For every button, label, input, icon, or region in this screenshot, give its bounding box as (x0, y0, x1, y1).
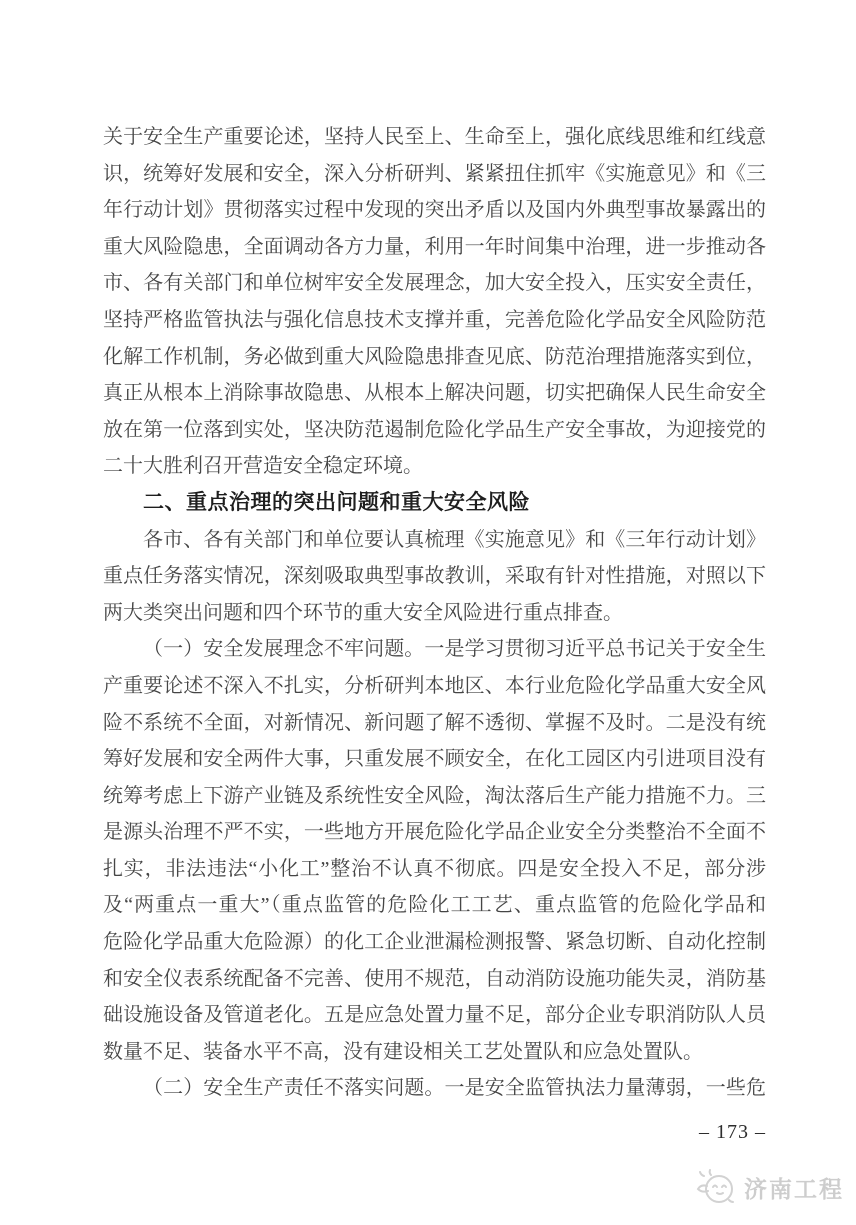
text-line: 市、各有关部门和单位树牢安全发展理念，加大安全投入，压实安全责任， (103, 265, 766, 302)
text-line: 础设施设备及管道老化。五是应急处置力量不足，部分企业专职消防队人员 (103, 997, 766, 1034)
section-heading: 二、重点治理的突出问题和重大安全风险 (103, 485, 766, 522)
text-line: 重大风险隐患，全面调动各方力量，利用一年时间集中治理，进一步推动各 (103, 229, 766, 266)
text-line: 放在第一位落到实处，坚决防范遏制危险化学品生产安全事故，为迎接党的 (103, 412, 766, 449)
text-line: 和安全仪表系统配备不完善、使用不规范，自动消防设施功能失灵，消防基 (103, 961, 766, 998)
text-line: 识，统筹好发展和安全，深入分析研判、紧紧扭住抓牢《实施意见》和《三 (103, 156, 766, 193)
text-line: 及“两重点一重大”（重点监管的危险化工工艺、重点监管的危险化学品和 (103, 887, 766, 924)
text-line: 统筹考虑上下游产业链及系统性安全风险，淘汰落后生产能力措施不力。三 (103, 778, 766, 815)
text-line: 产重要论述不深入不扎实，分析研判本地区、本行业危险化学品重大安全风 (103, 668, 766, 705)
watermark: 济南工程 (692, 1166, 844, 1208)
text-line: 二十大胜利召开营造安全稳定环境。 (103, 448, 766, 485)
text-line: 数量不足、装备水平不高，没有建设相关工艺处置队和应急处置队。 (103, 1034, 766, 1071)
text-line: 重点任务落实情况，深刻吸取典型事故教训，采取有针对性措施，对照以下 (103, 558, 766, 595)
text-line: 各市、各有关部门和单位要认真梳理《实施意见》和《三年行动计划》 (103, 522, 766, 559)
text-line: 危险化学品重大危险源）的化工企业泄漏检测报警、紧急切断、自动化控制 (103, 924, 766, 961)
text-line: 年行动计划》贯彻落实过程中发现的突出矛盾以及国内外典型事故暴露出的 (103, 192, 766, 229)
text-line: 坚持严格监管执法与强化信息技术支撑并重，完善危险化学品安全风险防范 (103, 302, 766, 339)
text-line: （二）安全生产责任不落实问题。一是安全监管执法力量薄弱，一些危 (103, 1070, 766, 1107)
text-line: 扎实，非法违法“小化工”整治不认真不彻底。四是安全投入不足，部分涉 (103, 851, 766, 888)
text-line: 真正从根本上消除事故隐患、从根本上解决问题，切实把确保人民生命安全 (103, 375, 766, 412)
watermark-label: 济南工程 (744, 1171, 844, 1204)
page-number: – 173 – (699, 1121, 766, 1144)
scanned-document-page: 关于安全生产重要论述，坚持人民至上、生命至上，强化底线思维和红线意识，统筹好发展… (0, 0, 856, 1225)
text-line: 化解工作机制，务必做到重大风险隐患排查见底、防范治理措施落实到位， (103, 339, 766, 376)
watermark-mascot-icon (692, 1166, 738, 1208)
document-body: 关于安全生产重要论述，坚持人民至上、生命至上，强化底线思维和红线意识，统筹好发展… (103, 119, 766, 1107)
text-line: （一）安全发展理念不牢问题。一是学习贯彻习近平总书记关于安全生 (103, 631, 766, 668)
text-line: 筹好发展和安全两件大事，只重发展不顾安全，在化工园区内引进项目没有 (103, 741, 766, 778)
text-line: 两大类突出问题和四个环节的重大安全风险进行重点排查。 (103, 595, 766, 632)
text-line: 是源头治理不严不实，一些地方开展危险化学品企业安全分类整治不全面不 (103, 814, 766, 851)
text-line: 关于安全生产重要论述，坚持人民至上、生命至上，强化底线思维和红线意 (103, 119, 766, 156)
text-line: 险不系统不全面，对新情况、新问题了解不透彻、掌握不及时。二是没有统 (103, 705, 766, 742)
